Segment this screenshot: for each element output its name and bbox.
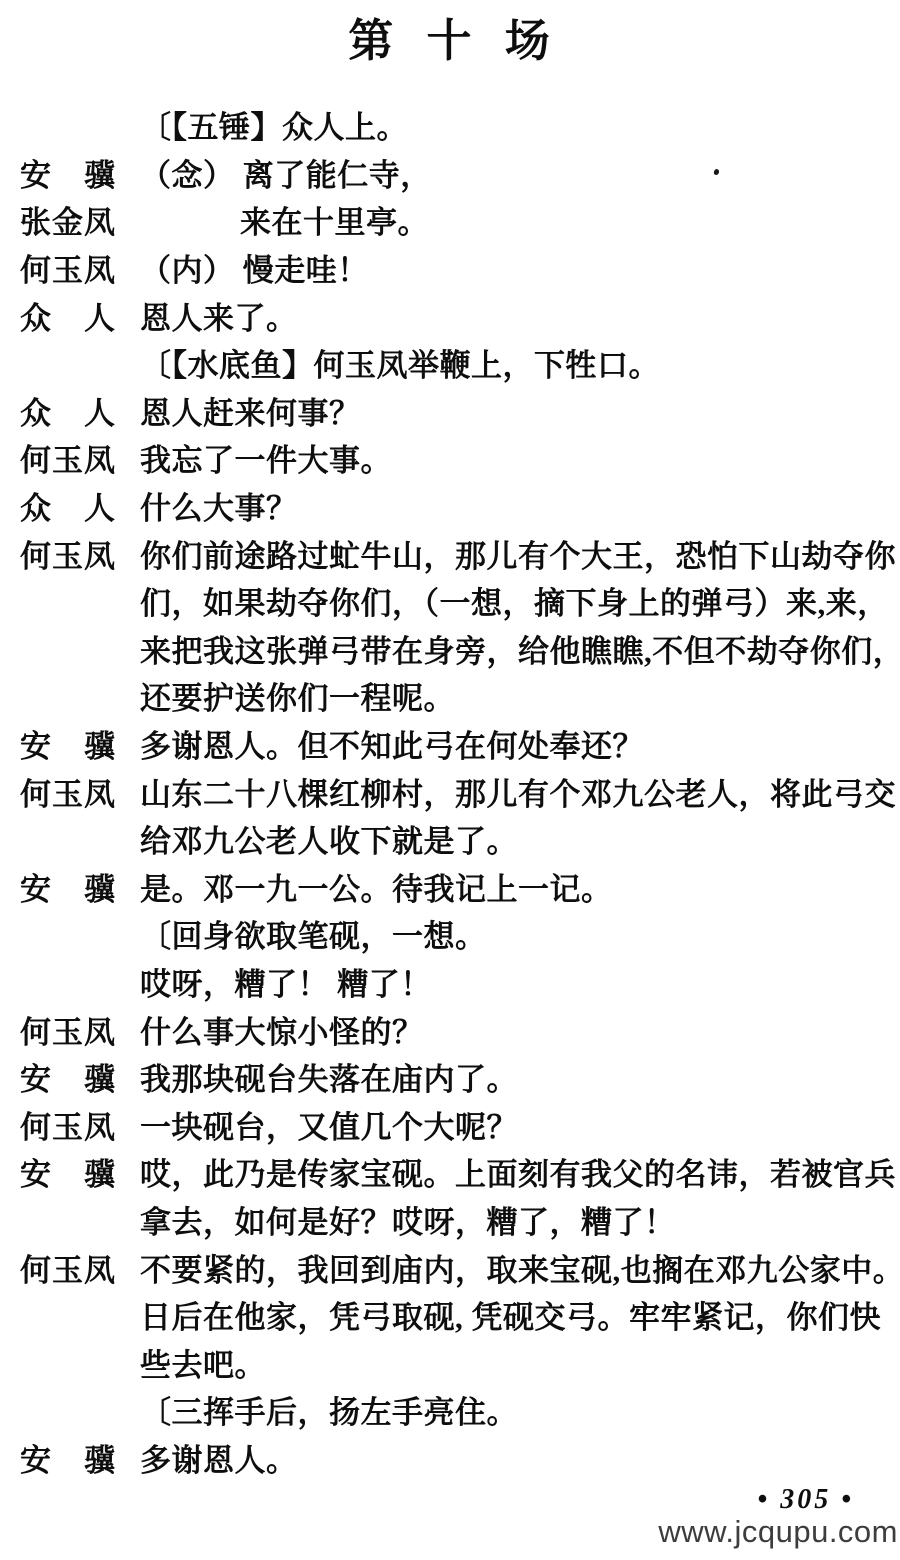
speaker-name: 安 骥	[20, 1149, 120, 1194]
dialogue-text: （内） 慢走哇！	[140, 245, 369, 290]
speaker-name: 众 人	[20, 483, 120, 528]
speaker-name: 安 骥	[20, 1054, 120, 1099]
dialogue-text: 不要紧的，我回到庙内，取来宝砚,也搁在邓九公家中。	[140, 1245, 900, 1290]
script-page: 第 十 场 〔【五锤】众人上。 安 骥 （念） 离了能仁寺， 张金凤 来在十里亭…	[0, 0, 900, 1560]
script-line-continuation: 还要护送你们一程呢。	[0, 672, 900, 720]
dialogue-text: 你们前途路过虻牛山，那儿有个大王，恐怕下山劫夺你	[140, 531, 896, 576]
script-line: 安 骥 哎，此乃是传家宝砚。上面刻有我父的名讳，若被官兵	[0, 1148, 900, 1196]
stage-direction-line: 〔【五锤】众人上。	[0, 101, 900, 149]
script-line: 何玉凤 山东二十八棵红柳村，那儿有个邓九公老人，将此弓交	[0, 767, 900, 815]
dialogue-text: 日后在他家，凭弓取砚, 凭砚交弓。牢牢紧记，你们快	[140, 1292, 881, 1337]
speaker-name: 安 骥	[20, 150, 120, 195]
script-line: 何玉凤 你们前途路过虻牛山，那儿有个大王，恐怕下山劫夺你	[0, 529, 900, 577]
page-number: • 305 •	[757, 1484, 854, 1516]
dialogue-text: 什么大事？	[140, 483, 298, 528]
speaker-name: 何玉凤	[20, 769, 120, 814]
dialogue-text: 哎呀，糟了！ 糟了！	[140, 959, 432, 1004]
script-line: 安 骥 我那块砚台失落在庙内了。	[0, 1053, 900, 1101]
speaker-name: 安 骥	[20, 721, 120, 766]
dialogue-text: 拿去，如何是好？哎呀，糟了，糟了！	[140, 1197, 676, 1242]
dialogue-text: 恩人赶来何事？	[140, 388, 361, 433]
dialogue-text: 来在十里亭。	[140, 197, 429, 242]
dialogue-text: 来把我这张弹弓带在身旁，给他瞧瞧,不但不劫夺你们，	[140, 626, 900, 671]
stage-direction-text: 〔三挥手后，扬左手亮住。	[140, 1387, 518, 1432]
speaker-name: 何玉凤	[20, 1007, 120, 1052]
dialogue-text: 些去吧。	[140, 1340, 266, 1385]
speaker-name: 何玉凤	[20, 245, 120, 290]
dialogue-text: 一块砚台，又值几个大呢？	[140, 1102, 518, 1147]
script-line: 众 人 什么大事？	[0, 482, 900, 530]
dialogue-text: 山东二十八棵红柳村，那儿有个邓九公老人，将此弓交	[140, 769, 896, 814]
script-line: 何玉凤 什么事大惊小怪的？	[0, 1005, 900, 1053]
script-line-continuation: 给邓九公老人收下就是了。	[0, 815, 900, 863]
script-line-continuation: 拿去，如何是好？哎呀，糟了，糟了！	[0, 1196, 900, 1244]
watermark-url: www.jcqupu.com	[658, 1514, 898, 1550]
script-body: 〔【五锤】众人上。 安 骥 （念） 离了能仁寺， 张金凤 来在十里亭。 何玉凤 …	[0, 101, 900, 1481]
dialogue-text: 恩人来了。	[140, 293, 298, 338]
script-line-continuation: 些去吧。	[0, 1338, 900, 1386]
dialogue-text: 什么事大惊小怪的？	[140, 1007, 424, 1052]
script-line: 安 骥 多谢恩人。	[0, 1434, 900, 1482]
script-line: 何玉凤 一块砚台，又值几个大呢？	[0, 1100, 900, 1148]
stage-direction-text: 〔【五锤】众人上。	[140, 102, 408, 147]
script-line: 何玉凤 （内） 慢走哇！	[0, 244, 900, 292]
script-line: 安 骥 是。邓一九一公。待我记上一记。	[0, 863, 900, 911]
dialogue-text: （念） 离了能仁寺，	[140, 150, 432, 195]
speaker-name: 何玉凤	[20, 1102, 120, 1147]
speaker-name: 张金凤	[20, 197, 120, 242]
dialogue-text: 多谢恩人。	[140, 1435, 298, 1480]
dialogue-text: 是。邓一九一公。待我记上一记。	[140, 864, 613, 909]
stage-direction-text: 〔【水底鱼】何玉凤举鞭上，下牲口。	[140, 340, 660, 385]
stage-direction-line: 〔【水底鱼】何玉凤举鞭上，下牲口。	[0, 339, 900, 387]
dialogue-text: 多谢恩人。但不知此弓在何处奉还？	[140, 721, 644, 766]
script-line-continuation: 来把我这张弹弓带在身旁，给他瞧瞧,不但不劫夺你们，	[0, 625, 900, 673]
script-line: 安 骥 （念） 离了能仁寺，	[0, 149, 900, 197]
script-line: 何玉凤 我忘了一件大事。	[0, 434, 900, 482]
dialogue-text: 们，如果劫夺你们，（一想，摘下身上的弹弓）来,来，	[140, 578, 889, 623]
script-line-continuation: 哎呀，糟了！ 糟了！	[0, 958, 900, 1006]
script-line: 何玉凤 不要紧的，我回到庙内，取来宝砚,也搁在邓九公家中。	[0, 1243, 900, 1291]
script-line-continuation: 们，如果劫夺你们，（一想，摘下身上的弹弓）来,来，	[0, 577, 900, 625]
stage-direction-text: 〔回身欲取笔砚，一想。	[140, 911, 487, 956]
stage-direction-line: 〔回身欲取笔砚，一想。	[0, 910, 900, 958]
dialogue-text: 我那块砚台失落在庙内了。	[140, 1054, 518, 1099]
speaker-name: 何玉凤	[20, 435, 120, 480]
speaker-name: 众 人	[20, 293, 120, 338]
script-line: 众 人 恩人来了。	[0, 291, 900, 339]
script-line: 张金凤 来在十里亭。	[0, 196, 900, 244]
speaker-name: 安 骥	[20, 1435, 120, 1480]
speaker-name: 何玉凤	[20, 1245, 120, 1290]
dialogue-text: 给邓九公老人收下就是了。	[140, 816, 518, 861]
speaker-name: 何玉凤	[20, 531, 120, 576]
stage-direction-line: 〔三挥手后，扬左手亮住。	[0, 1386, 900, 1434]
script-line-continuation: 日后在他家，凭弓取砚, 凭砚交弓。牢牢紧记，你们快	[0, 1291, 900, 1339]
dialogue-text: 哎，此乃是传家宝砚。上面刻有我父的名讳，若被官兵	[140, 1149, 896, 1194]
script-line: 安 骥 多谢恩人。但不知此弓在何处奉还？	[0, 720, 900, 768]
script-line: 众 人 恩人赶来何事？	[0, 387, 900, 435]
speaker-name: 众 人	[20, 388, 120, 433]
dialogue-text: 还要护送你们一程呢。	[140, 673, 455, 718]
dialogue-text: 我忘了一件大事。	[140, 435, 392, 480]
scene-title: 第 十 场	[0, 4, 900, 69]
speaker-name: 安 骥	[20, 864, 120, 909]
